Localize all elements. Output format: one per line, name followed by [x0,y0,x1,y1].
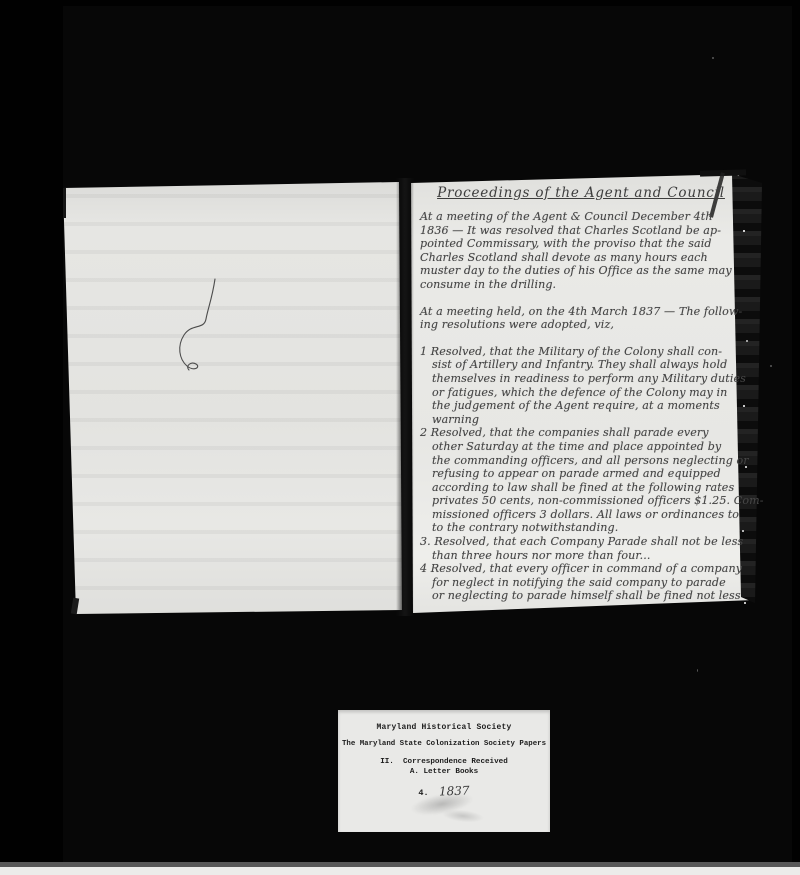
card-smudge [441,808,484,824]
book-gutter-shadow [396,178,414,616]
manuscript-line: the judgement of the Agent require, at a… [420,399,742,413]
manuscript-line: 1836 — It was resolved that Charles Scot… [420,224,742,238]
manuscript-line: At a meeting of the Agent & Council Dece… [420,210,742,224]
manuscript-line: for neglect in notifying the said compan… [420,576,742,590]
dust-speck [697,669,698,672]
film-edge-strip [0,867,800,875]
manuscript-line: according to law shall be fined at the f… [420,481,742,495]
manuscript-line: Charles Scotland shall devote as many ho… [420,251,742,265]
page-corner-shadow [63,188,66,218]
manuscript-text-block: Proceedings of the Agent and Council At … [420,185,742,603]
card-subseries: A. Letter Books [338,768,550,776]
manuscript-line: to the contrary notwithstanding. [420,521,742,535]
manuscript-line: sist of Artillery and Infantry. They sha… [420,358,742,372]
manuscript-line: or neglecting to parade himself shall be… [420,589,742,603]
manuscript-line: warning [420,413,742,427]
dust-speck [770,365,772,367]
card-society-name: Maryland Historical Society [338,723,550,732]
manuscript-line: other Saturday at the time and place app… [420,440,742,454]
manuscript-line: 2 Resolved, that the companies shall par… [420,426,742,440]
manuscript-line: or fatigues, which the defence of the Co… [420,386,742,400]
fore-edge-specks [743,230,745,232]
manuscript-line: At a meeting held, on the 4th March 1837… [420,305,742,319]
dust-speck [712,57,714,59]
card-series: II. Correspondence Received [338,758,550,766]
manuscript-line: missioned officers 3 dollars. All laws o… [420,508,742,522]
manuscript-lines: At a meeting of the Agent & Council Dece… [420,210,742,603]
manuscript-line: consume in the drilling. [420,278,742,292]
manuscript-line: 4 Resolved, that every officer in comman… [420,562,742,576]
manuscript-line: ing resolutions were adopted, viz, [420,318,742,332]
manuscript-line: than three hours nor more than four... [420,549,742,563]
manuscript-line: muster day to the duties of his Office a… [420,264,742,278]
manuscript-line: themselves in readiness to perform any M… [420,372,742,386]
pen-squiggle-mark [168,275,238,385]
manuscript-line: pointed Commissary, with the proviso tha… [420,237,742,251]
manuscript-line: 1 Resolved, that the Military of the Col… [420,345,742,359]
manuscript-line: refusing to appear on parade armed and e… [420,467,742,481]
manuscript-line: 3. Resolved, that each Company Parade sh… [420,535,742,549]
microfilm-photo: Proceedings of the Agent and Council At … [0,0,800,875]
card-collection-title: The Maryland State Colonization Society … [338,740,550,748]
archive-label-card: Maryland Historical Society The Maryland… [338,710,550,832]
open-letter-book: Proceedings of the Agent and Council At … [60,170,770,625]
manuscript-heading: Proceedings of the Agent and Council [420,185,742,201]
manuscript-line: the commanding officers, and all persons… [420,454,742,468]
manuscript-line: privates 50 cents, non-commissioned offi… [420,494,742,508]
